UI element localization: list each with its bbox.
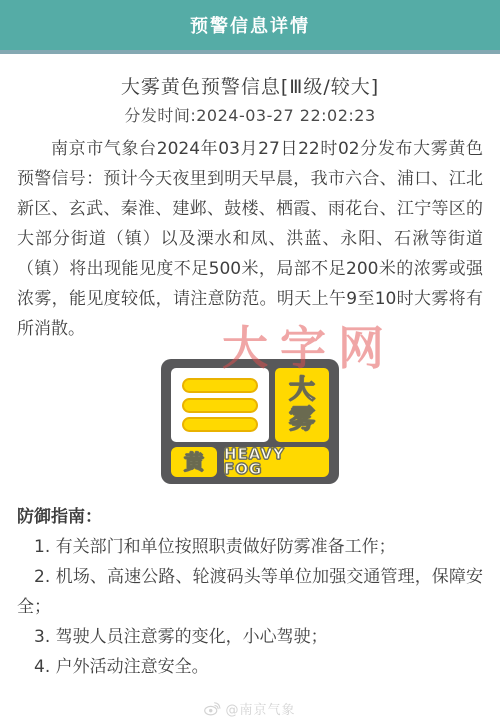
defense-guide: 防御指南： 1. 有关部门和单位按照职责做好防雾准备工作； 2. 机场、高速公路… — [17, 502, 483, 682]
fog-sign-bottom-row: 黄 HEAVY FOG — [171, 447, 329, 477]
fog-bar-icon — [182, 398, 258, 413]
issue-time: 分发时间:2024-03-27 22:02:23 — [17, 103, 483, 126]
guide-heading: 防御指南： — [17, 502, 483, 532]
guide-item: 3. 驾驶人员注意雾的变化，小心驾驶； — [17, 622, 483, 652]
page-title: 预警信息详情 — [190, 12, 310, 38]
fog-bar-icon — [182, 417, 258, 432]
fog-english-box: HEAVY FOG — [224, 447, 329, 477]
guide-item: 1. 有关部门和单位按照职责做好防雾准备工作； — [17, 532, 483, 562]
header-bar: 预警信息详情 — [0, 0, 500, 54]
alert-body-text: 南京市气象台2024年03月27日22时02分发布大雾黄色预警信号：预计今天夜里… — [17, 134, 483, 344]
fog-type-label: 大雾 — [289, 375, 315, 435]
warning-level-box: 黄 — [171, 447, 217, 477]
fog-icon — [171, 368, 269, 442]
warning-level-label: 黄 — [184, 452, 204, 472]
weibo-icon — [204, 701, 221, 716]
heavy-fog-warning-sign: 大雾 黄 HEAVY FOG — [161, 359, 339, 484]
guide-item: 2. 机场、高速公路、轮渡码头等单位加强交通管理，保障安全； — [17, 562, 483, 622]
guide-item: 4. 户外活动注意安全。 — [17, 652, 483, 682]
fog-type-panel: 大雾 — [275, 368, 329, 442]
warning-detail-page: 预警信息详情 大雾黄色预警信息[Ⅲ级/较大] 分发时间:2024-03-27 2… — [0, 0, 500, 726]
credit-text: @南京气象 — [225, 699, 295, 718]
footer-credit: @南京气象 — [0, 699, 500, 718]
fog-bar-icon — [182, 378, 258, 393]
content-area: 大雾黄色预警信息[Ⅲ级/较大] 分发时间:2024-03-27 22:02:23… — [0, 72, 500, 682]
alert-title: 大雾黄色预警信息[Ⅲ级/较大] — [17, 72, 483, 99]
fog-english-label: HEAVY FOG — [224, 447, 329, 477]
fog-sign-top-row: 大雾 — [171, 368, 329, 442]
